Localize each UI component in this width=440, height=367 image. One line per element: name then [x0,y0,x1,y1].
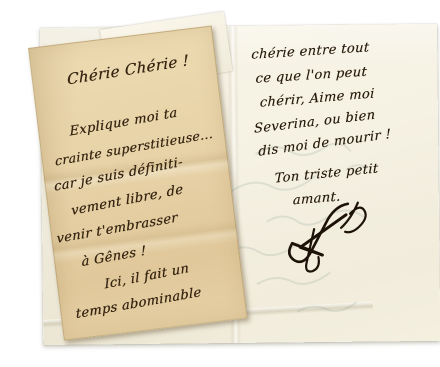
letter-photograph: chérie entre tout ce que l'on peut chéri… [0,0,440,367]
tan-letter-page: Chérie Chérie ! Explique moi ta crainte … [28,25,248,340]
handwritten-line: chérir, Aime moi [260,86,375,110]
handwritten-line: ce que l'on peut [255,65,367,87]
signature-paraph-icon [280,194,391,280]
handwritten-line: Ton triste petit [275,161,379,186]
handwritten-line: à Gênes ! [81,244,146,270]
handwritten-line: temps abominable [75,285,201,322]
handwritten-line: chérie entre tout [251,40,370,62]
right-page-text-block: chérie entre tout ce que l'on peut chéri… [245,42,440,334]
handwritten-salutation: Chérie Chérie ! [67,51,189,88]
handwritten-line: Ici, il fait un [104,261,190,293]
